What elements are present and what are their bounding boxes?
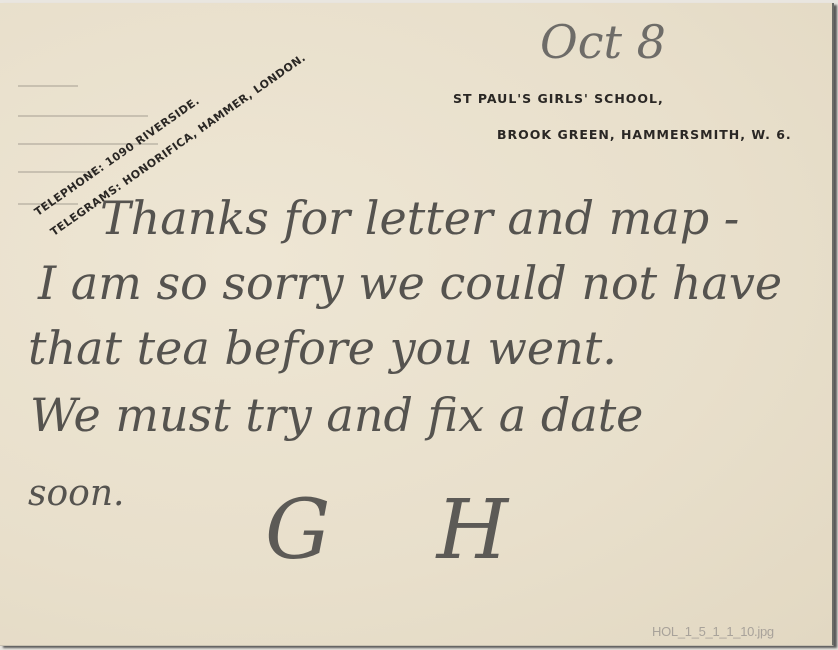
message-line-5: soon. [28,473,124,514]
message-line-3: that tea before you went. [28,321,617,375]
handwritten-date: Oct 8 [540,15,666,69]
postmark-line [18,85,78,87]
postcard: TELEPHONE: 1090 RIVERSIDE. TELEGRAMS: HO… [0,3,834,646]
postmark-line [18,115,148,117]
filename-watermark: HOL_1_5_1_1_10.jpg [652,624,774,639]
message-line-4: We must try and fix a date [30,388,643,442]
signature: G H [265,483,548,578]
letterhead-school: ST PAUL'S GIRLS' SCHOOL, [453,91,664,106]
letterhead-address: BROOK GREEN, HAMMERSMITH, W. 6. [497,127,792,142]
message-line-1: Thanks for letter and map - [100,191,739,245]
message-line-2: I am so sorry we could not have [38,256,782,310]
